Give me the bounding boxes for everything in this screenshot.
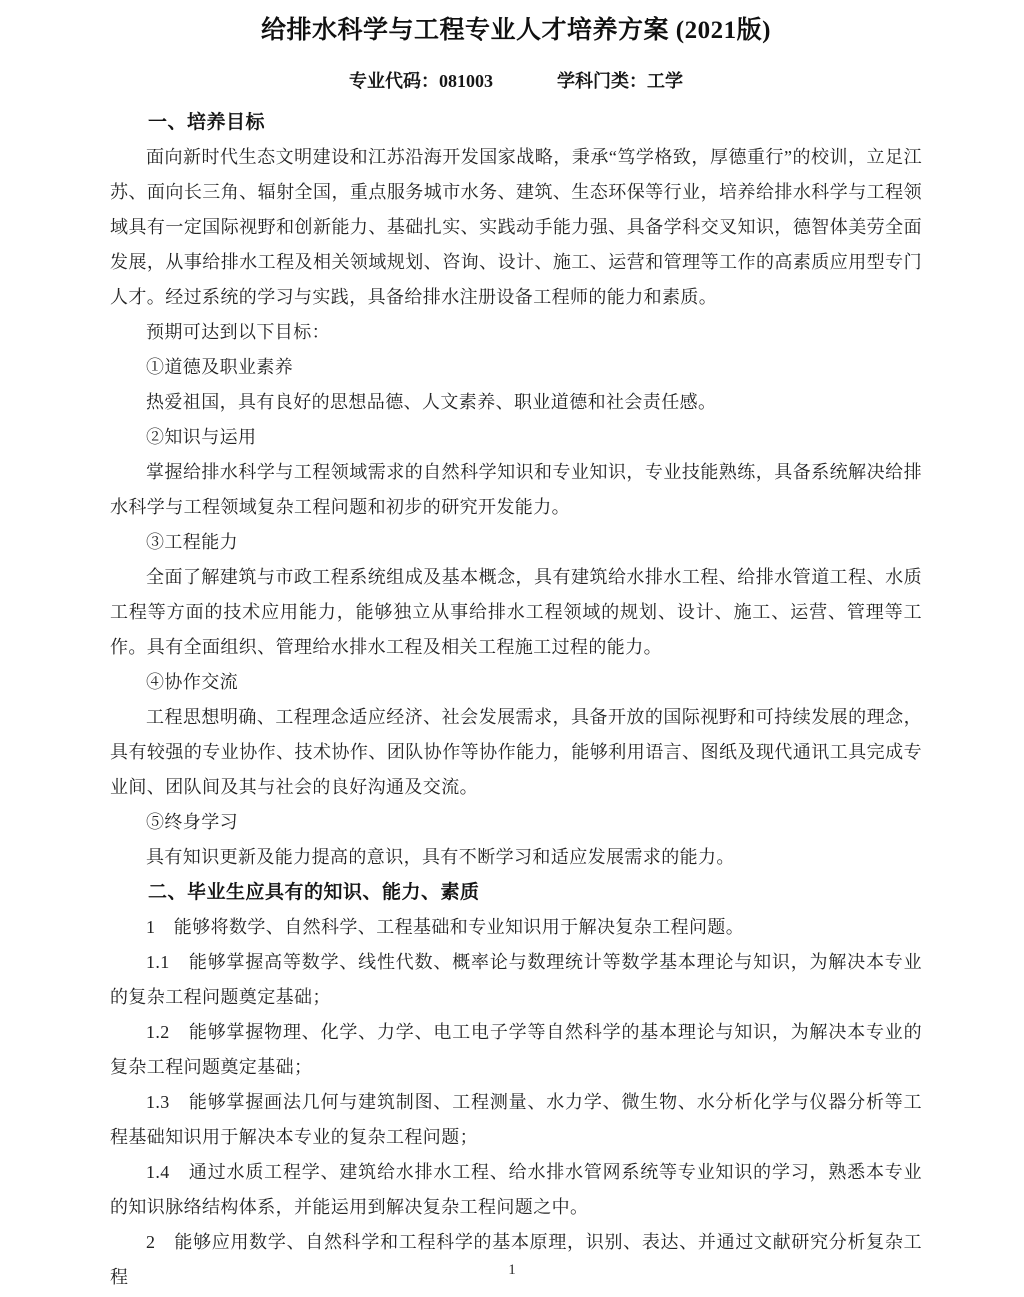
section-1-heading: 一、培养目标 <box>110 105 922 140</box>
goal-item-5-text: 具有知识更新及能力提高的意识，具有不断学习和适应发展需求的能力。 <box>110 840 922 875</box>
document-meta: 专业代码：081003 学科门类：工学 <box>110 66 922 96</box>
goal-item-2-title: ②知识与运用 <box>110 420 922 455</box>
goal-item-5-title: ⑤终身学习 <box>110 805 922 840</box>
requirement-item-1: 1 能够将数学、自然科学、工程基础和专业知识用于解决复杂工程问题。 <box>110 910 922 945</box>
goal-item-4-text: 工程思想明确、工程理念适应经济、社会发展需求，具备开放的国际视野和可持续发展的理… <box>110 700 922 805</box>
page-number: 1 <box>0 1262 1024 1279</box>
goal-item-1-text: 热爱祖国，具有良好的思想品德、人文素养、职业道德和社会责任感。 <box>110 385 922 420</box>
requirement-item-2: 2 能够应用数学、自然科学和工程科学的基本原理，识别、表达、并通过文献研究分析复… <box>110 1225 922 1295</box>
requirement-item-1-4: 1.4 通过水质工程学、建筑给水排水工程、给水排水管网系统等专业知识的学习，熟悉… <box>110 1155 922 1225</box>
goal-item-4-title: ④协作交流 <box>110 665 922 700</box>
goal-item-3-text: 全面了解建筑与市政工程系统组成及基本概念，具有建筑给水排水工程、给排水管道工程、… <box>110 560 922 665</box>
section-2-heading: 二、毕业生应具有的知识、能力、素质 <box>110 875 922 910</box>
requirement-item-1-3: 1.3 能够掌握画法几何与建筑制图、工程测量、水力学、微生物、水分析化学与仪器分… <box>110 1085 922 1155</box>
paragraph-training-objective: 面向新时代生态文明建设和江苏沿海开发国家战略，秉承“笃学格致，厚德重行”的校训，… <box>110 140 922 315</box>
major-code: 专业代码：081003 <box>349 66 493 96</box>
requirement-item-1-1: 1.1 能够掌握高等数学、线性代数、概率论与数理统计等数学基本理论与知识，为解决… <box>110 945 922 1015</box>
goal-item-2-text: 掌握给排水科学与工程领域需求的自然科学知识和专业知识，专业技能熟练，具备系统解决… <box>110 455 922 525</box>
requirement-item-1-2: 1.2 能够掌握物理、化学、力学、电工电子学等自然科学的基本理论与知识，为解决本… <box>110 1015 922 1085</box>
paragraph-expected-goals-intro: 预期可达到以下目标： <box>110 315 922 350</box>
goal-item-3-title: ③工程能力 <box>110 525 922 560</box>
document-body: 一、培养目标 面向新时代生态文明建设和江苏沿海开发国家战略，秉承“笃学格致，厚德… <box>110 105 922 1295</box>
document-title: 给排水科学与工程专业人才培养方案 (2021版) <box>110 12 922 50</box>
goal-item-1-title: ①道德及职业素养 <box>110 350 922 385</box>
document-page: 给排水科学与工程专业人才培养方案 (2021版) 专业代码：081003 学科门… <box>0 0 1024 1297</box>
discipline-category: 学科门类：工学 <box>557 66 683 96</box>
